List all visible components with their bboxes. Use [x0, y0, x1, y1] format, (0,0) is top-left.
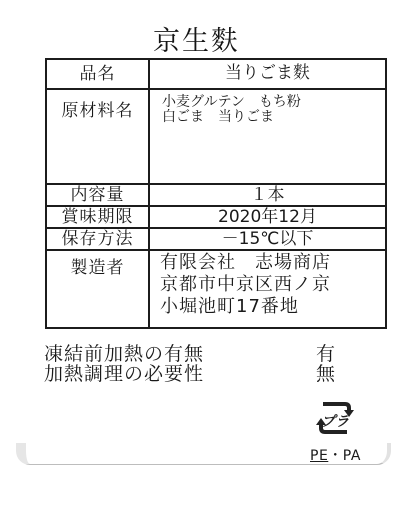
row-ingredients: 原材料名 小麦グルテン もち粉 白ごま 当りごま	[47, 88, 385, 183]
pla-recycle-mark-icon: プラ	[313, 397, 357, 439]
label-manufacturer: 製造者	[47, 251, 150, 327]
manufacturer-line-1: 有限会社 志場商店	[160, 252, 385, 274]
label-best-before: 賞味期限	[47, 207, 150, 227]
ingredients-line-2: 白ごま 当りごま	[162, 110, 385, 125]
value-storage: －15℃以下	[150, 229, 385, 249]
value-manufacturer: 有限会社 志場商店 京都市中京区西ノ京 小堀池町17番地	[150, 251, 385, 327]
food-label: 京生麩 品名 当りごま麩 原材料名 小麦グルテン もち粉 白ごま 当りごま 内容…	[0, 0, 393, 511]
value-product-name: 当りごま麩	[150, 60, 385, 88]
note-value: 無	[316, 365, 336, 384]
row-product-name: 品名 当りごま麩	[47, 60, 385, 88]
note-label: 凍結前加熱の有無	[44, 343, 204, 365]
manufacturer-line-2: 京都市中京区西ノ京	[160, 274, 385, 296]
label-quantity: 内容量	[47, 185, 150, 205]
label-ingredients: 原材料名	[47, 90, 150, 183]
svg-text:プラ: プラ	[321, 414, 349, 430]
note-pre-freeze-heating: 凍結前加熱の有無 有	[44, 345, 344, 365]
label-bottom-edge	[16, 443, 391, 465]
label-storage: 保存方法	[47, 229, 150, 249]
row-quantity: 内容量 １本	[47, 183, 385, 205]
product-title: 京生麩	[0, 26, 393, 58]
note-label: 加熱調理の必要性	[44, 363, 204, 385]
heating-notes: 凍結前加熱の有無 有 加熱調理の必要性 無	[44, 345, 344, 385]
note-cooking-required: 加熱調理の必要性 無	[44, 365, 344, 385]
manufacturer-line-3: 小堀池町17番地	[160, 296, 385, 318]
ingredients-line-1: 小麦グルテン もち粉	[162, 95, 385, 110]
row-manufacturer: 製造者 有限会社 志場商店 京都市中京区西ノ京 小堀池町17番地	[47, 249, 385, 327]
row-best-before: 賞味期限 2020年12月	[47, 205, 385, 227]
label-table: 品名 当りごま麩 原材料名 小麦グルテン もち粉 白ごま 当りごま 内容量 １本…	[45, 58, 387, 329]
value-ingredients: 小麦グルテン もち粉 白ごま 当りごま	[150, 90, 385, 183]
value-quantity: １本	[150, 185, 385, 205]
row-storage: 保存方法 －15℃以下	[47, 227, 385, 249]
value-best-before: 2020年12月	[150, 207, 385, 227]
label-product-name: 品名	[47, 60, 150, 88]
note-value: 有	[316, 345, 336, 364]
